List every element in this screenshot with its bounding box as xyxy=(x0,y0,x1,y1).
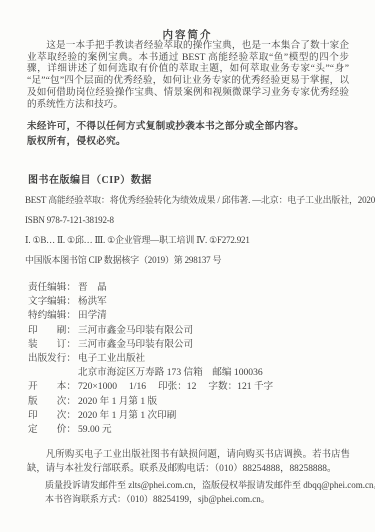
pub-value: 杨洪军 xyxy=(78,295,107,309)
pub-label: 装 订： xyxy=(28,338,78,352)
pub-value: 59.00 元 xyxy=(78,423,112,437)
pub-row-binder: 装 订： 三河市鑫金马印装有限公司 xyxy=(28,338,273,352)
copyright-notice-line2: 版权所有，侵权必究。 xyxy=(27,134,304,149)
pub-row-printer: 印 刷： 三河市鑫金马印装有限公司 xyxy=(28,324,273,338)
pub-label: 开 本： xyxy=(28,380,78,394)
cip-record-number-line: 中国版本图书馆 CIP 数据核字（2019）第 298137 号 xyxy=(25,250,375,270)
pub-value: 电子工业出版社 xyxy=(78,352,145,366)
pub-label: 出版发行： xyxy=(28,352,78,366)
content-summary-paragraph: 这是一本手把手教读者经验萃取的操作宝典，也是一本集合了数十家企业萃取经验的案例宝… xyxy=(27,40,349,110)
purchase-service-note: 凡所购买电子工业出版社图书有缺损问题，请向购买书店调换。若书店售缺，请与本社发行… xyxy=(27,449,350,477)
cip-data-block: BEST 高能经验萃取：将优秀经验转化为绩效成果 / 邱伟著. —北京：电子工业… xyxy=(25,190,375,270)
isbn-line: ISBN 978-7-121-38192-8 xyxy=(25,210,375,230)
pub-label: 印 刷： xyxy=(28,324,78,338)
pub-row-impression: 印 次： 2020 年 1 月第 1 次印刷 xyxy=(28,409,273,423)
pub-value: 三河市鑫金马印装有限公司 xyxy=(78,324,193,338)
pub-value: 田学清 xyxy=(78,309,107,323)
pub-row-price: 定 价： 59.00 元 xyxy=(28,423,273,437)
copyright-notice: 未经许可，不得以任何方式复制或抄袭本书之部分或全部内容。 版权所有，侵权必究。 xyxy=(27,119,304,149)
cip-title-line: BEST 高能经验萃取：将优秀经验转化为绩效成果 / 邱伟著. —北京：电子工业… xyxy=(25,190,375,210)
pub-label: 印 次： xyxy=(28,409,78,423)
pub-value: 晋 晶 xyxy=(78,281,107,295)
pub-label xyxy=(28,366,78,380)
pub-row-duty-editor: 责任编辑： 晋 晶 xyxy=(28,281,273,295)
pub-row-address: 北京市海淀区万寿路 173 信箱 邮编 100036 xyxy=(28,366,273,380)
pub-row-format: 开 本： 720×1000 1/16 印张：12 字数：121 千字 xyxy=(28,380,273,394)
pub-value: 720×1000 1/16 印张：12 字数：121 千字 xyxy=(78,380,273,394)
pub-label: 文字编辑： xyxy=(28,295,78,309)
consultation-contact-line: 本书咨询联系方式：（010）88254199，sjb@phei.com.cn。 xyxy=(27,492,270,506)
copyright-page: 内容简介 这是一本手把手教读者经验萃取的操作宝典，也是一本集合了数十家企业萃取经… xyxy=(0,0,375,532)
pub-value: 2020 年 1 月第 1 版 xyxy=(78,395,157,409)
pub-row-edition: 版 次： 2020 年 1 月第 1 版 xyxy=(28,395,273,409)
pub-label: 责任编辑： xyxy=(28,281,78,295)
cip-heading: 图书在版编目（CIP）数据 xyxy=(28,171,152,186)
copyright-notice-line1: 未经许可，不得以任何方式复制或抄袭本书之部分或全部内容。 xyxy=(27,119,304,134)
pub-value: 2020 年 1 月第 1 次印刷 xyxy=(78,409,176,423)
cip-classification-line: Ⅰ. ①B… Ⅱ. ①邱… Ⅲ. ①企业管理—职工培训 Ⅳ. ①F272.921 xyxy=(25,230,375,250)
pub-label: 定 价： xyxy=(28,423,78,437)
publication-info-block: 责任编辑： 晋 晶 文字编辑： 杨洪军 特约编辑： 田学清 印 刷： 三河市鑫金… xyxy=(28,281,273,437)
pub-row-special-editor: 特约编辑： 田学清 xyxy=(28,309,273,323)
pub-row-text-editor: 文字编辑： 杨洪军 xyxy=(28,295,273,309)
pub-value: 三河市鑫金马印装有限公司 xyxy=(78,338,193,352)
pub-row-publisher: 出版发行： 电子工业出版社 xyxy=(28,352,273,366)
quality-complaint-line: 质量投诉请发邮件至 zlts@phei.com.cn，盗版侵权举报请发邮件至 d… xyxy=(27,478,375,492)
pub-label: 特约编辑： xyxy=(28,309,78,323)
pub-value: 北京市海淀区万寿路 173 信箱 邮编 100036 xyxy=(78,366,263,380)
pub-label: 版 次： xyxy=(28,395,78,409)
